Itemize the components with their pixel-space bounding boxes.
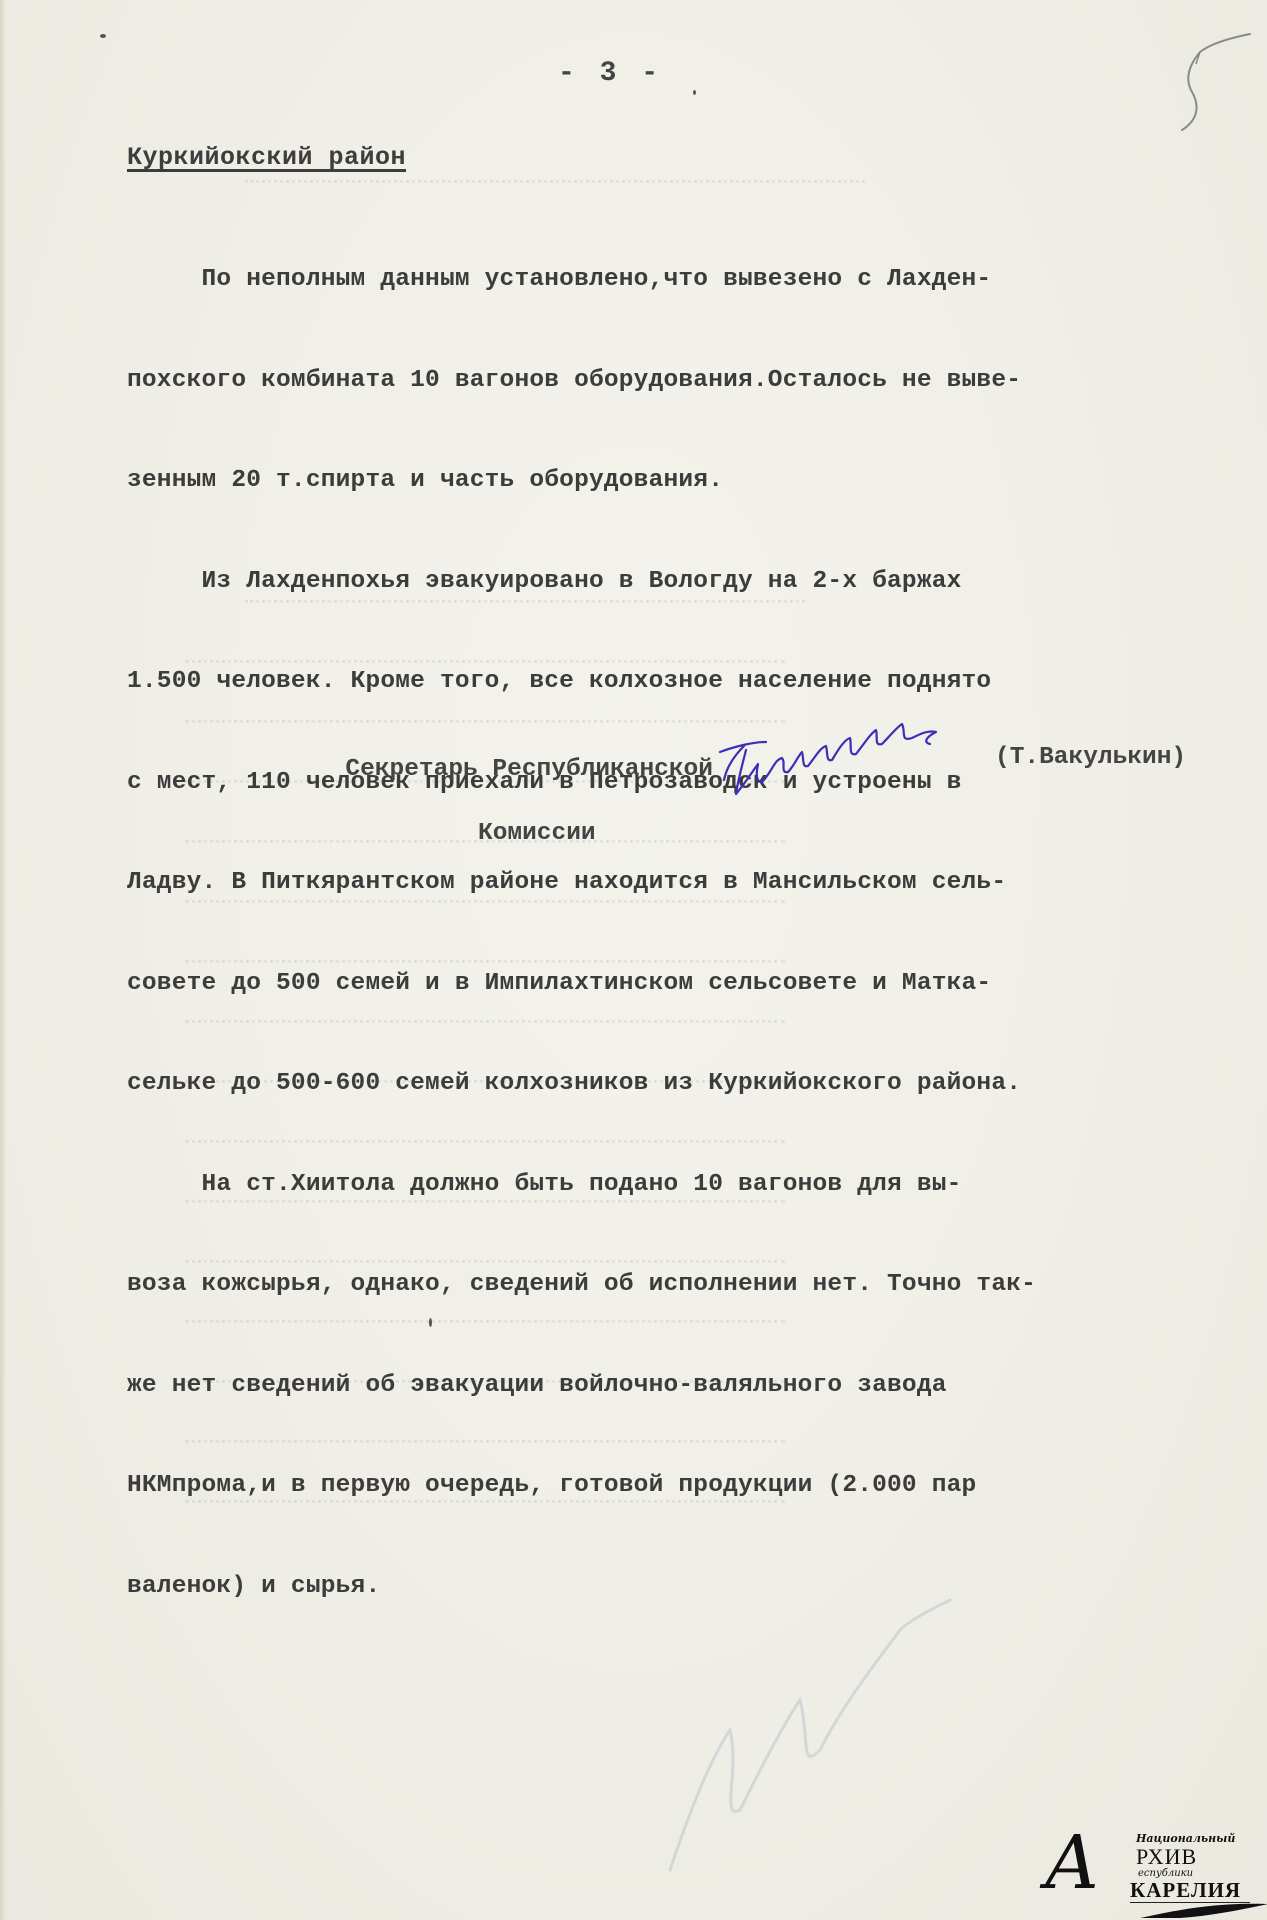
handwritten-signature (716, 710, 966, 810)
signatory-title-line2: Комиссии (316, 818, 713, 850)
body-line: совете до 500 семей и в Импилахтинском с… (127, 967, 1227, 1001)
page-number: - 3 - (545, 58, 675, 89)
body-line: Из Лахденпохья эвакуировано в Вологду на… (127, 565, 1227, 599)
archive-logo: А Национальный РХИВ еспублики КАРЕЛИЯ (1040, 1826, 1260, 1916)
body-line: зенным 20 т.спирта и часть оборудования. (127, 464, 1227, 498)
body-line: По неполным данным установлено,что вывез… (127, 263, 1227, 297)
body-line: сельке до 500-600 семей колхозников из К… (127, 1067, 1227, 1101)
signatory-title: Секретарь Республиканской Комиссии (316, 722, 713, 882)
body-text: По неполным данным установлено,что вывез… (127, 196, 1227, 1637)
body-line: На ст.Хиитола должно быть подано 10 ваго… (127, 1168, 1227, 1202)
body-line: похского комбината 10 вагонов оборудован… (127, 364, 1227, 398)
signatory-name: (Т.Вакулькин) (995, 744, 1186, 771)
binding-edge (0, 0, 6, 1920)
dust-speck (429, 1318, 432, 1327)
folio-number-pencil-mark (1170, 30, 1260, 140)
body-line: же нет сведений об эвакуации войлочно-ва… (127, 1369, 1227, 1403)
archive-logo-monogram: А (1044, 1826, 1100, 1900)
archive-logo-line2: РХИВ (1136, 1844, 1197, 1870)
feather-quill-icon (1140, 1900, 1267, 1920)
section-heading: Куркийокский район (127, 143, 406, 172)
faint-pencil-signature (650, 1590, 970, 1890)
body-line: НКМпрома,и в первую очередь, готовой про… (127, 1469, 1227, 1503)
body-line: воза кожсырья, однако, сведений об испол… (127, 1268, 1227, 1302)
body-line: 1.500 человек. Кроме того, все колхозное… (127, 665, 1227, 699)
dust-speck (100, 34, 106, 38)
dust-speck (693, 90, 696, 95)
signatory-title-line1: Секретарь Республиканской (345, 756, 713, 783)
